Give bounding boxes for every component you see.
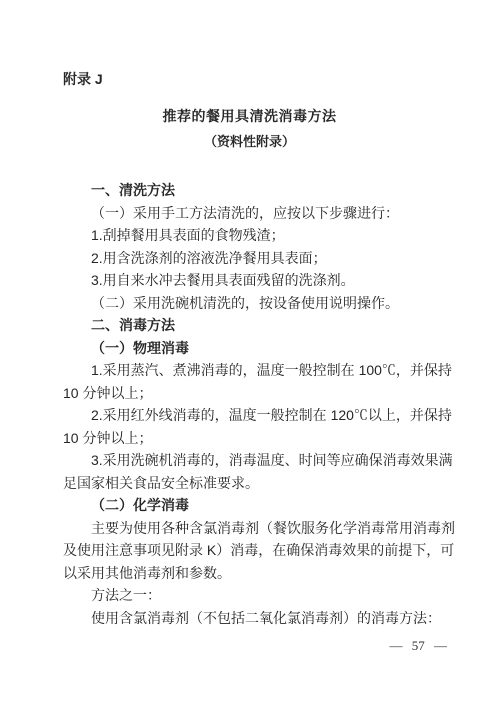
sub-heading-physical-disinfection: （一）物理消毒	[63, 337, 457, 360]
section-heading-cleaning-methods: 一、清洗方法	[63, 179, 457, 202]
paragraph-chlorine-method-intro: 使用含氯消毒剂（不包括二氧化氯消毒剂）的消毒方法：	[63, 607, 457, 630]
paragraph-dishwasher-disinfection: 3.采用洗碗机消毒的，消毒温度、时间等应确保消毒效果满 足国家相关食品安全标准要…	[63, 449, 457, 494]
paragraph-infrared-disinfection: 2.采用红外线消毒的，温度一般控制在 120℃以上，并保持 10 分钟以上；	[63, 404, 457, 449]
paragraph-step-1-scrape-residue: 1.刮掉餐用具表面的食物残渣；	[63, 224, 457, 247]
paragraph-manual-washing-intro: （一）采用手工方法清洗的，应按以下步骤进行：	[63, 202, 457, 225]
paragraph-chlorine-disinfectant-intro: 主要为使用各种含氯消毒剂（餐饮服务化学消毒常用消毒剂 及使用注意事项见附录 K）…	[63, 517, 457, 585]
paragraph-method-one-label: 方法之一：	[63, 584, 457, 607]
appendix-label: 附录 J	[63, 69, 103, 89]
paragraph-dishwasher-cleaning: （二）采用洗碗机清洗的，按设备使用说明操作。	[63, 292, 457, 315]
section-heading-disinfection-methods: 二、消毒方法	[63, 314, 457, 337]
document-title: 推荐的餐用具清洗消毒方法	[0, 106, 499, 126]
document-subtitle: （资料性附录）	[0, 131, 499, 150]
sub-heading-chemical-disinfection: （二）化学消毒	[63, 494, 457, 517]
paragraph-step-3-rinse-tap-water: 3.用自来水冲去餐用具表面残留的洗涤剂。	[63, 269, 457, 292]
page-number: — 57 —	[390, 638, 448, 654]
document-body: 一、清洗方法 （一）采用手工方法清洗的，应按以下步骤进行： 1.刮掉餐用具表面的…	[63, 179, 457, 629]
paragraph-steam-boiling-disinfection: 1.采用蒸汽、煮沸消毒的，温度一般控制在 100℃，并保持 10 分钟以上；	[63, 359, 457, 404]
paragraph-step-2-detergent-wash: 2.用含洗涤剂的溶液洗净餐用具表面；	[63, 247, 457, 270]
document-page: 附录 J 推荐的餐用具清洗消毒方法 （资料性附录） 一、清洗方法 （一）采用手工…	[0, 0, 499, 707]
